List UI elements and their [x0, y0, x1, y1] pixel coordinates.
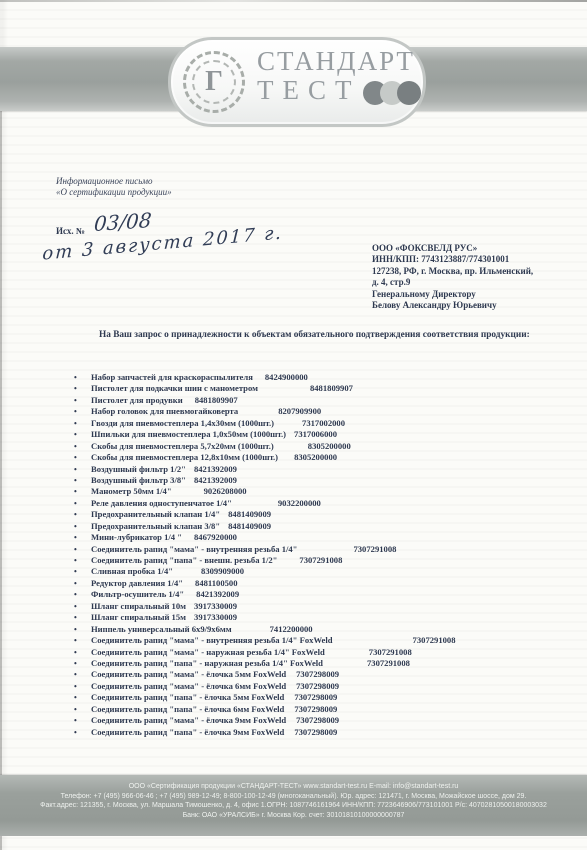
item-label: Пистолет для подкачки шин с манометром: [91, 383, 258, 393]
outgoing-number-handwritten: 03/08: [93, 208, 152, 236]
item-label: Фильтр-осушитель 1/4": [91, 589, 184, 599]
list-item: •Шланг спиральный 10м3917330009: [74, 601, 564, 612]
bullet-icon: •: [74, 705, 91, 714]
list-item: •Пистолет для продувки8481809907: [74, 395, 564, 406]
item-code: 9032200000: [278, 498, 321, 508]
item-code: 7307298009: [294, 704, 337, 714]
list-item: •Предохранительный клапан 3/8"8481409009: [74, 521, 564, 532]
list-item: •Шпильки для пневмостеплера 1,0х50мм (10…: [74, 429, 564, 440]
item-label: Соединитель рапид "мама" - внутренняя ре…: [91, 635, 333, 645]
product-list: •Набор запчастей для краскораспылителя84…: [74, 372, 564, 738]
info-note-line2: «О сертификации продукции»: [56, 187, 172, 198]
info-note-line1: Информационное письмо: [56, 176, 172, 187]
bullet-icon: •: [74, 716, 91, 725]
item-code: 7307291008: [353, 544, 396, 554]
logo-emblem-seal-icon: Г: [183, 51, 245, 113]
item-label: Соединитель рапид "мама" - ёлочка 5мм Fo…: [91, 669, 286, 679]
list-item: •Набор запчастей для краскораспылителя84…: [74, 372, 564, 383]
recipient-address-line2: д. 4, стр.9: [372, 277, 577, 288]
list-item: •Соединитель рапид "папа" - ёлочка 6мм F…: [74, 704, 564, 715]
list-item: •Соединитель рапид "мама" - ёлочка 5мм F…: [74, 669, 564, 680]
footer-phone-line: Телефон: +7 (495) 966-06-46 ; +7 (495) 9…: [0, 792, 587, 802]
item-label: Набор запчастей для краскораспылителя: [91, 372, 253, 382]
footer-bank-line: Банк: ОАО «УРАЛСИБ» г. Москва Кор. счет:…: [0, 811, 587, 821]
bullet-icon: •: [74, 430, 91, 439]
recipient-attention-line2: Белову Александру Юрьевичу: [372, 300, 577, 311]
item-code: 8421392009: [196, 589, 239, 599]
list-item: •Реле давления одноступенчатое 1/4"90322…: [74, 498, 564, 509]
bullet-icon: •: [74, 682, 91, 691]
bullet-icon: •: [74, 659, 91, 668]
list-item: •Соединитель рапид "мама" - внутренняя р…: [74, 635, 564, 646]
bullet-icon: •: [74, 419, 91, 428]
bullet-icon: •: [74, 373, 91, 382]
list-item: •Соединитель рапид "папа" - ёлочка 9мм F…: [74, 727, 564, 738]
item-label: Шланг спиральный 10м: [91, 601, 186, 611]
item-code: 8481809907: [310, 383, 353, 393]
item-code: 8309909000: [201, 566, 244, 576]
footer-address-line: Факт.адрес: 121355, г. Москва, ул. Марша…: [0, 801, 587, 811]
list-item: •Воздушный фильтр 3/8"8421392009: [74, 475, 564, 486]
logo-circles-icon: [363, 81, 421, 105]
bullet-icon: •: [74, 556, 91, 565]
item-label: Соединитель рапид "папа" - наружная резь…: [91, 658, 323, 668]
bullet-icon: •: [74, 465, 91, 474]
list-item: •Гвозди для пневмостеплера 1,4х30мм (100…: [74, 418, 564, 429]
item-label: Предохранительный клапан 1/4": [91, 509, 220, 519]
letter-scan: Г СТАНДАРТ ТЕСТ Информационное письмо «О…: [0, 0, 587, 850]
item-label: Соединитель рапид "папа" - ёлочка 5мм Fo…: [91, 692, 284, 702]
bullet-icon: •: [74, 602, 91, 611]
list-item: •Соединитель рапид "мама" - ёлочка 6мм F…: [74, 681, 564, 692]
recipient-attention-line1: Генеральному Директору: [372, 289, 577, 300]
bullet-icon: •: [74, 384, 91, 393]
list-item: •Пистолет для подкачки шин с манометром8…: [74, 383, 564, 394]
logo-word-standart: СТАНДАРТ: [257, 46, 421, 77]
item-code: 8305200000: [308, 441, 351, 451]
item-code: 3917330009: [194, 612, 237, 622]
item-code: 8481100500: [195, 578, 238, 588]
bullet-icon: •: [74, 728, 91, 737]
bullet-icon: •: [74, 510, 91, 519]
item-code: 7317006000: [294, 429, 337, 439]
list-item: •Набор головок для пневмогайковерта82079…: [74, 406, 564, 417]
item-label: Редуктор давления 1/4": [91, 578, 183, 588]
item-code: 7307298009: [296, 669, 339, 679]
item-code: 8481809907: [195, 395, 238, 405]
item-label: Пистолет для продувки: [91, 395, 183, 405]
bullet-icon: •: [74, 487, 91, 496]
bullet-icon: •: [74, 613, 91, 622]
list-item: •Скобы для пневмостеплера 12,8х10мм (100…: [74, 452, 564, 463]
item-code: 7307291008: [299, 555, 342, 565]
item-label: Соединитель рапид "мама" - ёлочка 6мм Fo…: [91, 681, 286, 691]
bullet-icon: •: [74, 636, 91, 645]
standart-test-logo: Г СТАНДАРТ ТЕСТ: [168, 37, 426, 127]
item-label: Соединитель рапид "мама" - наружная резь…: [91, 647, 325, 657]
footer-band: ООО «Сертификация продукции «СТАНДАРТ-ТЕ…: [0, 775, 587, 836]
bullet-icon: •: [74, 442, 91, 451]
item-code: 9026208000: [204, 486, 247, 496]
bullet-icon: •: [74, 396, 91, 405]
bullet-icon: •: [74, 567, 91, 576]
item-code: 7307291008: [413, 635, 456, 645]
letter-subject-note: Информационное письмо «О сертификации пр…: [56, 176, 172, 198]
list-item: •Соединитель рапид "мама" - внутренняя р…: [74, 544, 564, 555]
list-item: •Соединитель рапид "папа" - внешн. резьб…: [74, 555, 564, 566]
item-label: Реле давления одноступенчатое 1/4": [91, 498, 232, 508]
emblem-monogram: Г: [192, 60, 236, 104]
item-label: Соединитель рапид "мама" - внутренняя ре…: [91, 544, 297, 554]
bullet-icon: •: [74, 579, 91, 588]
list-item: •Соединитель рапид "мама" - ёлочка 9мм F…: [74, 715, 564, 726]
item-code: 7307291008: [367, 658, 410, 668]
item-code: 3917330009: [194, 601, 237, 611]
item-code: 7412200000: [270, 624, 313, 634]
recipient-block: ООО «ФОКСВЕЛД РУС» ИНН/КПП: 7743123887/7…: [372, 243, 577, 311]
list-item: •Соединитель рапид "мама" - наружная рез…: [74, 647, 564, 658]
list-item: •Манометр 50мм 1/4"9026208000: [74, 486, 564, 497]
bullet-icon: •: [74, 453, 91, 462]
list-item: •Ниппель универсальный 6х9/9х6мм74122000…: [74, 624, 564, 635]
logo-word-test: ТЕСТ: [257, 75, 361, 106]
item-code: 7307298009: [294, 727, 337, 737]
item-label: Мини-лубрикатор 1/4 ": [91, 532, 182, 542]
bullet-icon: •: [74, 670, 91, 679]
bullet-icon: •: [74, 522, 91, 531]
recipient-address-line1: 127238, РФ, г. Москва, пр. Ильменский,: [372, 266, 577, 277]
item-label: Скобы для пневмостеплера 5,7х20мм (1000ш…: [91, 441, 274, 451]
item-label: Шланг спиральный 15м: [91, 612, 186, 622]
bullet-icon: •: [74, 545, 91, 554]
list-item: •Редуктор давления 1/4"8481100500: [74, 578, 564, 589]
list-item: •Предохранительный клапан 1/4"8481409009: [74, 509, 564, 520]
bullet-icon: •: [74, 693, 91, 702]
bullet-icon: •: [74, 499, 91, 508]
item-label: Манометр 50мм 1/4": [91, 486, 172, 496]
bullet-icon: •: [74, 533, 91, 542]
item-code: 7307298009: [296, 715, 339, 725]
item-label: Ниппель универсальный 6х9/9х6мм: [91, 624, 232, 634]
item-label: Набор головок для пневмогайковерта: [91, 406, 238, 416]
recipient-company: ООО «ФОКСВЕЛД РУС»: [372, 243, 577, 254]
item-code: 8424900000: [265, 372, 308, 382]
bullet-icon: •: [74, 476, 91, 485]
list-item: •Соединитель рапид "папа" - наружная рез…: [74, 658, 564, 669]
list-item: •Сливная пробка 1/4"8309909000: [74, 566, 564, 577]
list-item: •Соединитель рапид "папа" - ёлочка 5мм F…: [74, 692, 564, 703]
recipient-inn-kpp: ИНН/КПП: 7743123887/774301001: [372, 254, 577, 265]
list-item: •Скобы для пневмостеплера 5,7х20мм (1000…: [74, 441, 564, 452]
item-code: 8481409009: [228, 509, 271, 519]
item-label: Соединитель рапид "папа" - внешн. резьба…: [91, 555, 277, 565]
bullet-icon: •: [74, 590, 91, 599]
item-label: Соединитель рапид "мама" - ёлочка 9мм Fo…: [91, 715, 286, 725]
bullet-icon: •: [74, 648, 91, 657]
list-item: •Фильтр-осушитель 1/4"8421392009: [74, 589, 564, 600]
item-label: Шпильки для пневмостеплера 1,0х50мм (100…: [91, 429, 286, 439]
item-code: 8421392009: [194, 464, 237, 474]
item-label: Сливная пробка 1/4": [91, 566, 173, 576]
item-code: 7317002000: [302, 418, 345, 428]
logo-text: СТАНДАРТ ТЕСТ: [257, 46, 421, 106]
item-label: Предохранительный клапан 3/8": [91, 521, 220, 531]
letter-body-paragraph: На Ваш запрос о принадлежности к объекта…: [55, 330, 535, 341]
item-label: Соединитель рапид "папа" - ёлочка 6мм Fo…: [91, 704, 284, 714]
outgoing-number-label: Исх. №: [56, 226, 85, 236]
bullet-icon: •: [74, 625, 91, 634]
item-label: Скобы для пневмостеплера 12,8х10мм (1000…: [91, 452, 278, 462]
list-item: •Воздушный фильтр 1/2"8421392009: [74, 464, 564, 475]
item-code: 8305200000: [294, 452, 337, 462]
item-code: 7307298009: [296, 681, 339, 691]
item-code: 8421392009: [194, 475, 237, 485]
header-band: Г СТАНДАРТ ТЕСТ: [0, 47, 587, 111]
item-label: Воздушный фильтр 1/2": [91, 464, 186, 474]
item-label: Воздушный фильтр 3/8": [91, 475, 186, 485]
item-code: 7307298009: [294, 692, 337, 702]
footer-company-line: ООО «Сертификация продукции «СТАНДАРТ-ТЕ…: [0, 782, 587, 792]
item-code: 7307291008: [369, 647, 412, 657]
item-code: 8481409009: [228, 521, 271, 531]
item-code: 8207909900: [278, 406, 321, 416]
item-code: 8467920000: [194, 532, 237, 542]
bullet-icon: •: [74, 407, 91, 416]
item-label: Гвозди для пневмостеплера 1,4х30мм (1000…: [91, 418, 274, 428]
list-item: •Мини-лубрикатор 1/4 "8467920000: [74, 532, 564, 543]
item-label: Соединитель рапид "папа" - ёлочка 9мм Fo…: [91, 727, 284, 737]
list-item: •Шланг спиральный 15м3917330009: [74, 612, 564, 623]
